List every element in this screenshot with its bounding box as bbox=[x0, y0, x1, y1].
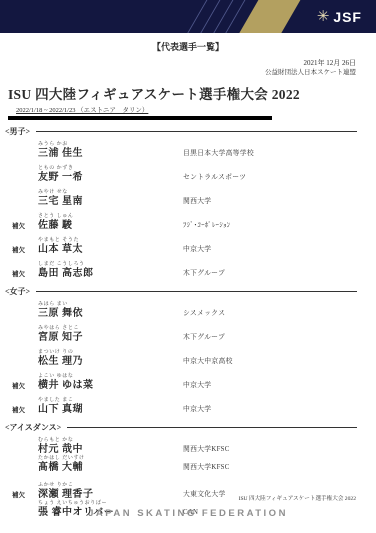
issue-date: 2021年 12月 26日 bbox=[0, 58, 356, 68]
affiliation: 中京大中京高校 bbox=[183, 355, 233, 365]
athlete-row: みやけ せな 三宅 星南 関西大学 bbox=[5, 190, 357, 208]
gold-stripe bbox=[233, 0, 305, 33]
athlete-name: 宮原 知子 bbox=[38, 332, 83, 344]
athlete-name: 村元 哉中 bbox=[38, 444, 83, 456]
athlete-section: <男子> みうら かお 三浦 佳生 目黒日本大学高等学校 ともの かずき 友野 … bbox=[5, 126, 357, 280]
affiliation: 中京大学 bbox=[183, 403, 211, 413]
diagonal-line bbox=[181, 0, 212, 33]
banner: ✳ JSF bbox=[0, 0, 376, 33]
section-rule bbox=[36, 291, 357, 292]
affiliation: セントラルスポーツ bbox=[183, 171, 246, 181]
section-header: <アイスダンス> bbox=[5, 422, 357, 433]
section-rows: みうら かお 三浦 佳生 目黒日本大学高等学校 ともの かずき 友野 一希 セン… bbox=[5, 142, 357, 280]
affiliation: 関西大学KFSC bbox=[183, 443, 230, 453]
section-rows: むらもと かな 村元 哉中 関西大学KFSC たかはし だいすけ 髙橋 大輔 関… bbox=[5, 438, 357, 519]
sections: <男子> みうら かお 三浦 佳生 目黒日本大学高等学校 ともの かずき 友野 … bbox=[0, 126, 376, 519]
section-header: <男子> bbox=[5, 126, 357, 137]
athlete-name: 佐藤 駿 bbox=[38, 220, 73, 232]
athlete-name: 松生 理乃 bbox=[38, 356, 83, 368]
title-underline-bar bbox=[8, 116, 272, 120]
athlete-name: 山本 草太 bbox=[38, 244, 83, 256]
athlete-row: まついけ りの 松生 理乃 中京大中京高校 bbox=[5, 350, 357, 368]
athlete-name: 髙橋 大輔 bbox=[38, 462, 83, 474]
substitute-label: 補欠 bbox=[12, 381, 25, 390]
section-label: <男子> bbox=[5, 126, 30, 137]
athlete-name: 山下 真瑚 bbox=[38, 404, 83, 416]
athlete-name: 友野 一希 bbox=[38, 172, 83, 184]
section-label: <女子> bbox=[5, 286, 30, 297]
affiliation: 中京大学 bbox=[183, 379, 211, 389]
athlete-section: <女子> みはら まい 三原 舞依 シスメックス みやはら さとこ 宮原 知子 … bbox=[5, 286, 357, 416]
affiliation: 関西大学KFSC bbox=[183, 461, 230, 471]
substitute-label: 補欠 bbox=[12, 269, 25, 278]
issuing-org: 公益財団法人日本スケート連盟 bbox=[0, 68, 356, 78]
athlete-row: みうら かお 三浦 佳生 目黒日本大学高等学校 bbox=[5, 142, 357, 160]
athlete-section: <アイスダンス> むらもと かな 村元 哉中 関西大学KFSC たかはし だいす… bbox=[5, 422, 357, 519]
jsf-logo: ✳ JSF bbox=[317, 0, 362, 33]
jsf-logo-text: JSF bbox=[333, 9, 362, 25]
affiliation: 関西大学 bbox=[183, 195, 211, 205]
header-right-block: 2021年 12月 26日 公益財団法人日本スケート連盟 bbox=[0, 58, 376, 78]
diagonal-line bbox=[194, 0, 225, 33]
document-page: ✳ JSF 【代表選手一覧】 2021年 12月 26日 公益財団法人日本スケー… bbox=[0, 0, 376, 533]
event-title: ISU 四大陸フィギュアスケート選手権大会 2022 bbox=[0, 83, 376, 103]
page-label: 【代表選手一覧】 bbox=[0, 40, 376, 53]
event-dates-location: 2022/1/18 ~ 2022/1/23 （エストニア タリン） bbox=[0, 105, 376, 114]
affiliation: 中京大学 bbox=[183, 243, 211, 253]
athlete-name: 深瀬 理香子 bbox=[38, 489, 94, 501]
footer-organization: JAPAN SKATING FEDERATION bbox=[0, 508, 376, 519]
substitute-label: 補欠 bbox=[12, 405, 25, 414]
athlete-name: 三宅 星南 bbox=[38, 196, 83, 208]
section-label: <アイスダンス> bbox=[5, 422, 61, 433]
athlete-row: 補欠 さとう しゅん 佐藤 駿 ﾌｼﾞ･ｺｰﾎﾟﾚｰｼｮﾝ bbox=[5, 214, 357, 232]
affiliation: 大東文化大学 bbox=[183, 488, 226, 498]
substitute-label: 補欠 bbox=[12, 221, 25, 230]
substitute-label: 補欠 bbox=[12, 245, 25, 254]
athlete-row: 補欠 やました まこ 山下 真瑚 中京大学 bbox=[5, 398, 357, 416]
section-header: <女子> bbox=[5, 286, 357, 297]
athlete-name: 横井 ゆは菜 bbox=[38, 380, 94, 392]
athlete-row: むらもと かな 村元 哉中 関西大学KFSC bbox=[5, 438, 357, 456]
snowflake-icon: ✳ bbox=[317, 9, 330, 24]
affiliation: シスメックス bbox=[183, 307, 225, 317]
athlete-row: 補欠 よこい ゆはな 横井 ゆは菜 中京大学 bbox=[5, 374, 357, 392]
athlete-name: 島田 高志郎 bbox=[38, 268, 94, 280]
affiliation: 目黒日本大学高等学校 bbox=[183, 147, 254, 157]
athlete-name: 三浦 佳生 bbox=[38, 148, 83, 160]
athlete-row: 補欠 しまだ こうしろう 島田 高志郎 木下グループ bbox=[5, 262, 357, 280]
athlete-row: 補欠 やまもと そうた 山本 草太 中京大学 bbox=[5, 238, 357, 256]
athlete-row: ともの かずき 友野 一希 セントラルスポーツ bbox=[5, 166, 357, 184]
substitute-label: 補欠 bbox=[12, 490, 25, 499]
athlete-row: みやはら さとこ 宮原 知子 木下グループ bbox=[5, 326, 357, 344]
footer-event-ref: ISU 四大陸フィギュアスケート選手権大会 2022 bbox=[239, 494, 356, 502]
athlete-row: みはら まい 三原 舞依 シスメックス bbox=[5, 302, 357, 320]
affiliation: 木下グループ bbox=[183, 331, 225, 341]
section-rule bbox=[67, 427, 357, 428]
section-rows: みはら まい 三原 舞依 シスメックス みやはら さとこ 宮原 知子 木下グルー… bbox=[5, 302, 357, 416]
athlete-row: たかはし だいすけ 髙橋 大輔 関西大学KFSC bbox=[5, 456, 357, 474]
affiliation: ﾌｼﾞ･ｺｰﾎﾟﾚｰｼｮﾝ bbox=[183, 219, 230, 229]
athlete-name: 三原 舞依 bbox=[38, 308, 83, 320]
section-rule bbox=[36, 131, 357, 132]
affiliation: 木下グループ bbox=[183, 267, 225, 277]
